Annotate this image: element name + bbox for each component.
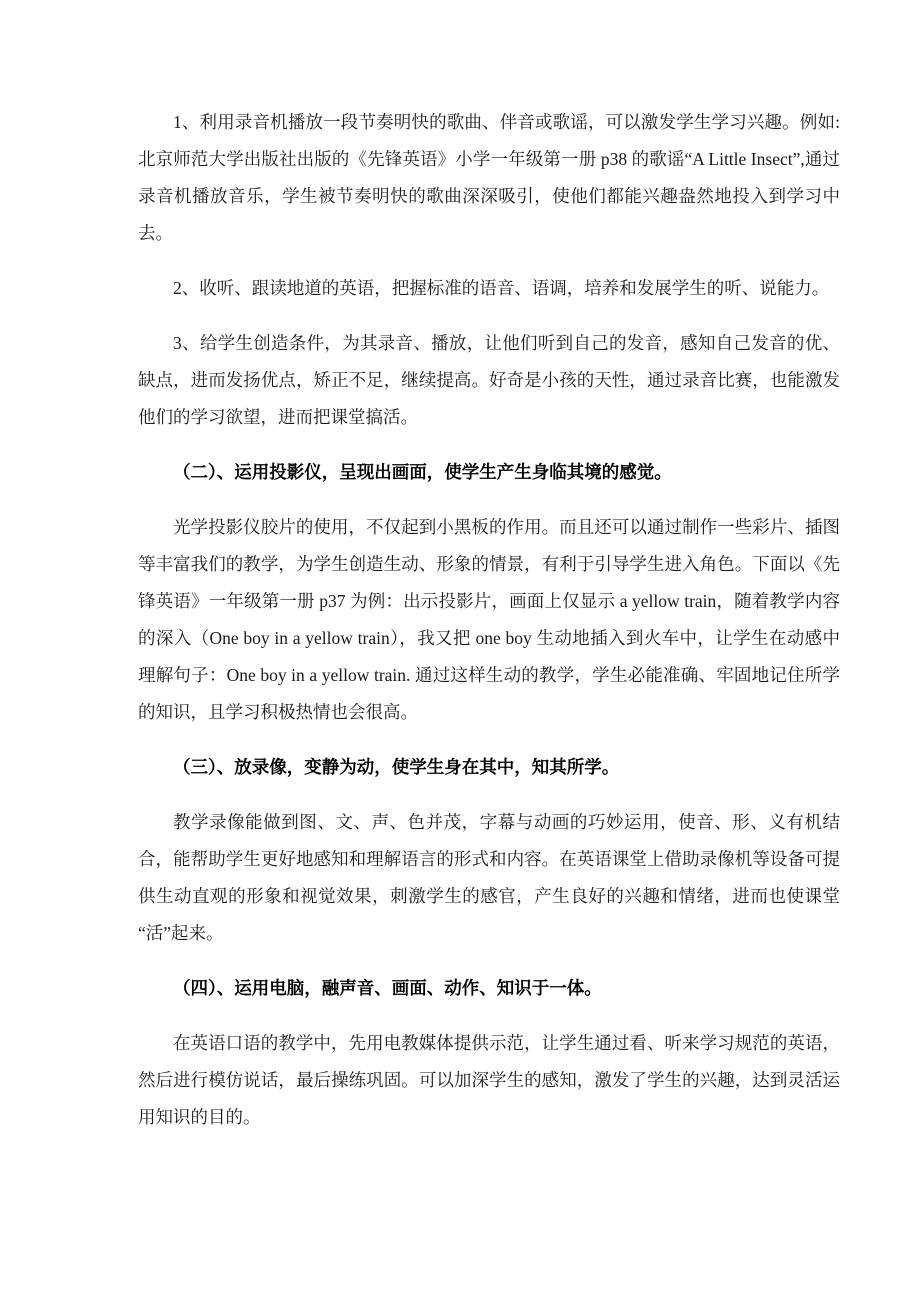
- document-page: 1、利用录音机播放一段节奏明快的歌曲、伴音或歌谣，可以激发学生学习兴趣。例如:北…: [138, 104, 840, 1154]
- section-heading-computer: （四）、运用电脑，融声音、画面、动作、知识于一体。: [138, 970, 840, 1007]
- paragraph-projector: 光学投影仪胶片的使用，不仅起到小黑板的作用。而且还可以通过制作一些彩片、插图等丰…: [138, 509, 840, 731]
- paragraph-computer: 在英语口语的教学中，先用电教媒体提供示范，让学生通过看、听来学习规范的英语，然后…: [138, 1025, 840, 1136]
- section-heading-projector: （二）、运用投影仪，呈现出画面，使学生产生身临其境的感觉。: [138, 454, 840, 491]
- paragraph-recorder-3: 3、给学生创造条件，为其录音、播放，让他们听到自己的发音，感知自己发音的优、缺点…: [138, 325, 840, 436]
- section-heading-video: （三）、放录像，变静为动，使学生身在其中，知其所学。: [138, 749, 840, 786]
- paragraph-video: 教学录像能做到图、文、声、色并茂，字幕与动画的巧妙运用，使音、形、义有机结合，能…: [138, 804, 840, 952]
- paragraph-recorder-1: 1、利用录音机播放一段节奏明快的歌曲、伴音或歌谣，可以激发学生学习兴趣。例如:北…: [138, 104, 840, 252]
- paragraph-recorder-2: 2、收听、跟读地道的英语，把握标准的语音、语调，培养和发展学生的听、说能力。: [138, 270, 840, 307]
